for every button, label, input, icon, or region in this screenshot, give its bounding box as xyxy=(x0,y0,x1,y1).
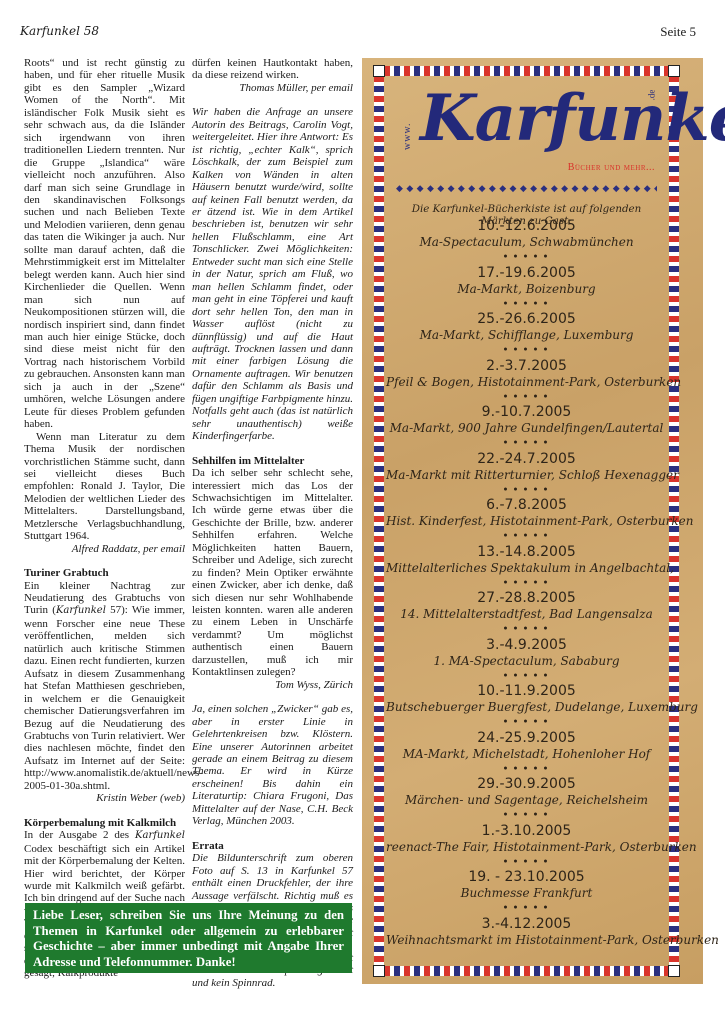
event-name: Weihnachtsmarkt im Histotainment-Park, O… xyxy=(386,933,667,948)
dot-separator: ● ● ● ● ● xyxy=(386,715,667,727)
event-item: 24.-25.9.2005MA-Markt, Michelstadt, Hohe… xyxy=(386,730,667,777)
dot-separator: ● ● ● ● ● xyxy=(386,669,667,681)
event-date: 9.-10.7.2005 xyxy=(386,404,667,421)
dot-separator: ● ● ● ● ● xyxy=(386,297,667,309)
logo-suffix: .de xyxy=(647,90,657,101)
event-date: 19. - 23.10.2005 xyxy=(386,869,667,886)
karfunkel-wordmark: Karfunkel xyxy=(56,605,106,616)
event-name: Ma-Markt, 900 Jahre Gundelfingen/Lautert… xyxy=(386,421,667,436)
event-date: 25.-26.6.2005 xyxy=(386,311,667,328)
event-name: MA-Markt, Michelstadt, Hohenloher Hof xyxy=(386,747,667,762)
event-date: 10.-11.9.2005 xyxy=(386,683,667,700)
dot-separator: ● ● ● ● ● xyxy=(386,390,667,402)
dot-separator: ● ● ● ● ● xyxy=(386,762,667,774)
event-item: 27.-28.8.200514. Mittelalterstadtfest, B… xyxy=(386,590,667,637)
article-column-1: Roots“ und ist recht günstig zu haben, u… xyxy=(24,57,185,980)
karfunkel-advertisement: www. Karfunkel .de Bücher und mehr... ◆◆… xyxy=(362,58,703,984)
dot-separator: ● ● ● ● ● xyxy=(386,901,667,913)
dot-separator: ● ● ● ● ● xyxy=(386,808,667,820)
diamond-divider: ◆◆◆◆◆◆◆◆◆◆◆◆◆◆◆◆◆◆◆◆◆◆◆◆◆◆◆◆ xyxy=(396,183,657,194)
heading-errata: Errata xyxy=(192,840,353,852)
event-date: 29.-30.9.2005 xyxy=(386,776,667,793)
event-date: 2.-3.7.2005 xyxy=(386,358,667,375)
event-date: 13.-14.8.2005 xyxy=(386,544,667,561)
event-item: 13.-14.8.2005Mittelalterliches Spektakul… xyxy=(386,544,667,591)
heading-sehhilfen: Sehhilfen im Mittelalter xyxy=(192,455,353,467)
literature-paragraph: Wenn man Literatur zu dem Thema Musik de… xyxy=(24,431,185,543)
event-name: Ma-Markt mit Ritterturnier, Schloß Hexen… xyxy=(386,468,667,483)
event-name: reenact-The Fair, Histotainment-Park, Os… xyxy=(386,840,667,855)
event-item: 25.-26.6.2005Ma-Markt, Schifflange, Luxe… xyxy=(386,311,667,358)
event-item: 29.-30.9.2005Märchen- und Sagentage, Rei… xyxy=(386,776,667,823)
event-item: 10.-11.9.2005Butschebuerger Buergfest, D… xyxy=(386,683,667,730)
event-date: 3.-4.9.2005 xyxy=(386,637,667,654)
event-item: 10.-12.6.2005Ma-Spectaculum, Schwabmünch… xyxy=(386,218,667,265)
corner-square xyxy=(668,965,680,977)
event-name: Pfeil & Bogen, Histotainment-Park, Oster… xyxy=(386,375,667,390)
event-name: Ma-Spectaculum, Schwabmünchen xyxy=(386,235,667,250)
signature-raddatz: Alfred Raddatz, per email xyxy=(24,543,185,555)
dot-separator: ● ● ● ● ● xyxy=(386,343,667,355)
sehhilfen-paragraph: Da ich selber sehr schlecht sehe, intere… xyxy=(192,467,353,679)
dot-separator: ● ● ● ● ● xyxy=(386,250,667,262)
karfunkel-logo: www. Karfunkel .de Bücher und mehr... xyxy=(394,80,659,170)
dot-separator: ● ● ● ● ● xyxy=(386,529,667,541)
reply-kalk: Wir haben die Anfrage an unsere Autorin … xyxy=(192,106,353,442)
dot-separator: ● ● ● ● ● xyxy=(386,855,667,867)
border-bottom xyxy=(374,966,679,976)
issue-label: Karfunkel 58 xyxy=(20,24,99,38)
dot-separator: ● ● ● ● ● xyxy=(386,622,667,634)
border-left xyxy=(374,66,384,976)
dot-separator: ● ● ● ● ● xyxy=(386,436,667,448)
event-item: 19. - 23.10.2005Buchmesse Frankfurt● ● ●… xyxy=(386,869,667,916)
border-top xyxy=(374,66,679,76)
dot-separator: ● ● ● ● ● xyxy=(386,483,667,495)
heading-koerperbemalung: Körperbemalung mit Kalkmilch xyxy=(24,817,185,829)
logo-wordmark: Karfunkel xyxy=(420,84,725,154)
event-name: Hist. Kinderfest, Histotainment-Park, Os… xyxy=(386,514,667,529)
event-date: 10.-12.6.2005 xyxy=(386,218,667,235)
ad-frame: www. Karfunkel .de Bücher und mehr... ◆◆… xyxy=(374,66,679,976)
karfunkel-wordmark: Karfunkel xyxy=(135,830,185,841)
signature-wyss: Tom Wyss, Zürich xyxy=(192,679,353,691)
event-name: Mittelalterliches Spektakulum in Angelba… xyxy=(386,561,667,576)
event-date: 24.-25.9.2005 xyxy=(386,730,667,747)
page-number: Seite 5 xyxy=(660,24,696,40)
event-name: 14. Mittelalterstadtfest, Bad Langensalz… xyxy=(386,607,667,622)
event-date: 17.-19.6.2005 xyxy=(386,265,667,282)
grabtuch-paragraph: Ein kleiner Nachtrag zur Neudatierung de… xyxy=(24,580,185,793)
event-name: 1. MA-Spectaculum, Sababurg xyxy=(386,654,667,669)
logo-prefix: www. xyxy=(402,122,413,150)
event-item: 9.-10.7.2005Ma-Markt, 900 Jahre Gundelfi… xyxy=(386,404,667,451)
event-name: Ma-Markt, Boizenburg xyxy=(386,282,667,297)
logo-tagline: Bücher und mehr... xyxy=(568,162,655,173)
reader-notice-box: Liebe Leser, schreiben Sie uns Ihre Mein… xyxy=(25,903,352,973)
music-paragraph: Roots“ und ist recht günstig zu haben, u… xyxy=(24,57,185,431)
heading-turiner-grabtuch: Turiner Grabtuch xyxy=(24,567,185,579)
event-list: 10.-12.6.2005Ma-Spectaculum, Schwabmünch… xyxy=(386,218,667,962)
dot-separator: ● ● ● ● ● xyxy=(386,576,667,588)
event-name: Ma-Markt, Schifflange, Luxemburg xyxy=(386,328,667,343)
event-date: 22.-24.7.2005 xyxy=(386,451,667,468)
event-item: 2.-3.7.2005Pfeil & Bogen, Histotainment-… xyxy=(386,358,667,405)
signature-mueller: Thomas Müller, per email xyxy=(192,82,353,94)
event-name: Buchmesse Frankfurt xyxy=(386,886,667,901)
event-item: 3.-4.9.20051. MA-Spectaculum, Sababurg● … xyxy=(386,637,667,684)
event-item: 22.-24.7.2005Ma-Markt mit Ritterturnier,… xyxy=(386,451,667,498)
event-date: 1.-3.10.2005 xyxy=(386,823,667,840)
article-column-2: dürfen keinen Hautkontakt haben, da dies… xyxy=(192,57,353,989)
event-date: 6.-7.8.2005 xyxy=(386,497,667,514)
corner-square xyxy=(668,65,680,77)
signature-weber: Kristin Weber (web) xyxy=(24,792,185,804)
event-date: 27.-28.8.2005 xyxy=(386,590,667,607)
event-item: 17.-19.6.2005Ma-Markt, Boizenburg● ● ● ●… xyxy=(386,265,667,312)
kalk-continuation: dürfen keinen Hautkontakt haben, da dies… xyxy=(192,57,353,82)
event-name: Butschebuerger Buergfest, Dudelange, Lux… xyxy=(386,700,667,715)
event-item: 3.-4.12.2005Weihnachtsmarkt im Histotain… xyxy=(386,916,667,963)
event-date: 3.-4.12.2005 xyxy=(386,916,667,933)
event-item: 1.-3.10.2005reenact-The Fair, Histotainm… xyxy=(386,823,667,870)
event-name: Märchen- und Sagentage, Reichelsheim xyxy=(386,793,667,808)
corner-square xyxy=(373,965,385,977)
reply-zwicker: Ja, einen solchen „Zwicker“ gab es, aber… xyxy=(192,703,353,828)
corner-square xyxy=(373,65,385,77)
event-item: 6.-7.8.2005Hist. Kinderfest, Histotainme… xyxy=(386,497,667,544)
